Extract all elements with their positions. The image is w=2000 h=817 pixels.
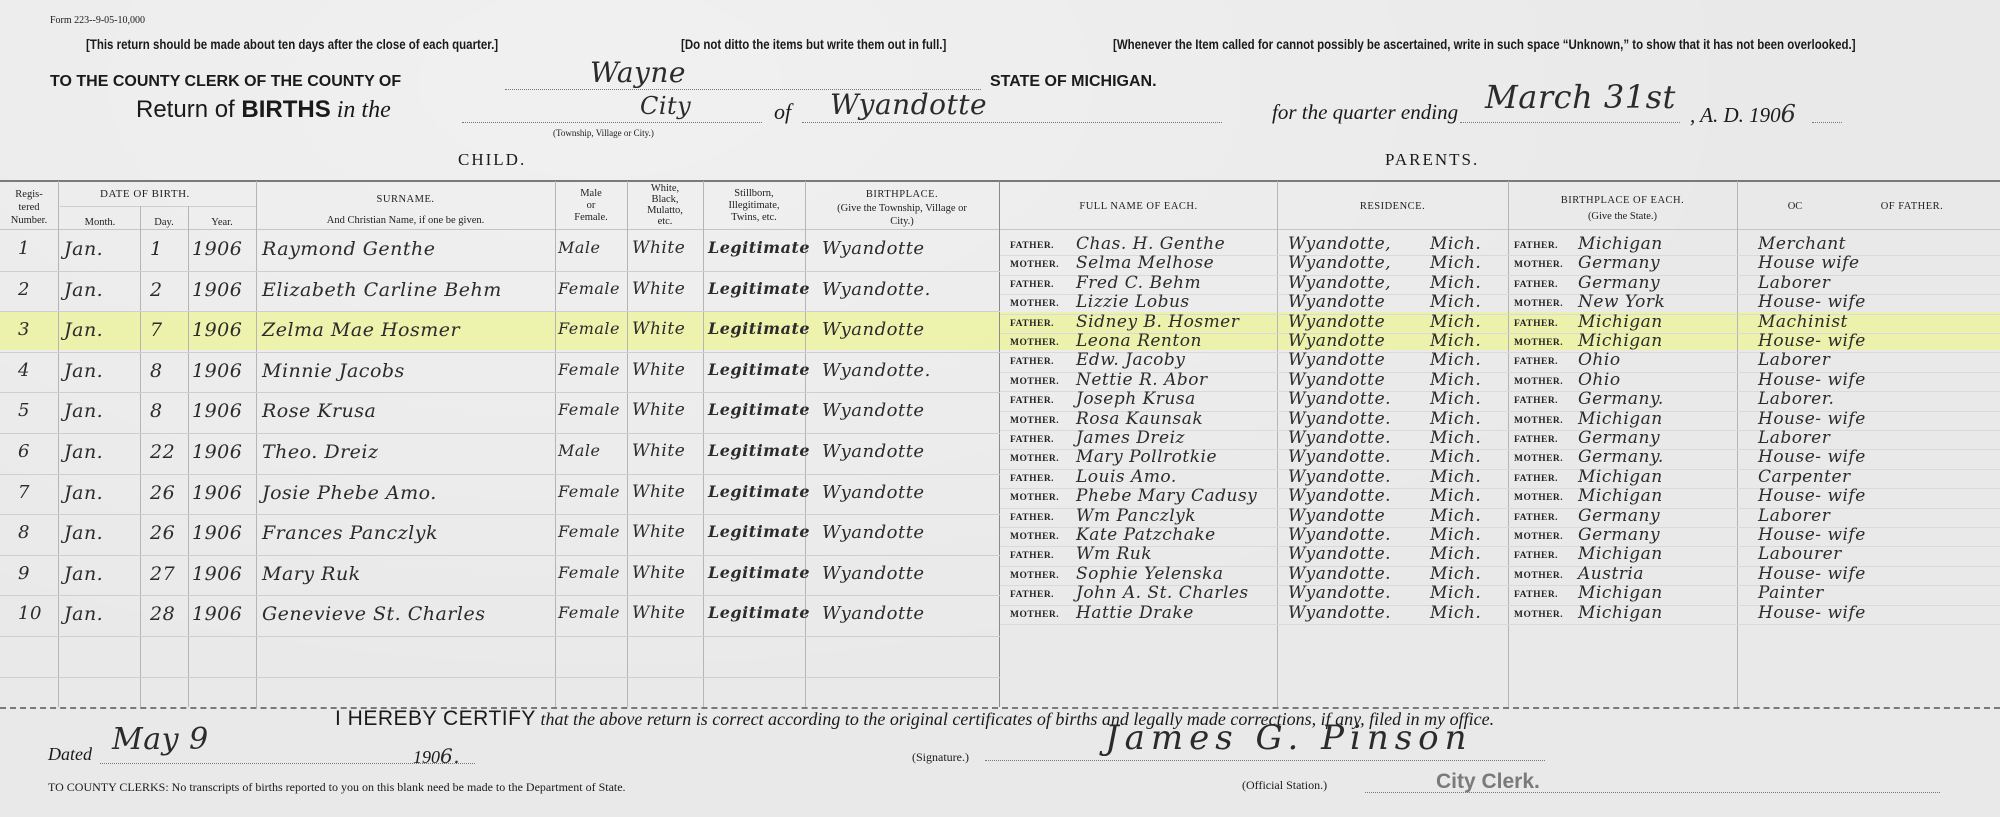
municipality-type-caption: (Township, Village or City.) [553,128,654,138]
parent-state: Mich. [1430,389,1481,409]
parent-role-2: FATHER. [1514,590,1558,600]
parent-name: Mary Pollrotkie [1076,447,1217,467]
parent-occupation: Merchant [1758,234,1846,254]
parent-state: Mich. [1430,506,1481,526]
parent-name: Hattie Drake [1076,603,1194,623]
col-legitimacy: Stillborn, Illegitimate, Twins, etc. [703,188,805,224]
parent-state: Mich. [1430,564,1481,584]
parent-birthplace: Germany. [1578,447,1664,467]
parent-occupation: House- wife [1758,525,1866,545]
parent-role: FATHER. [1010,280,1054,290]
parent-residence: Wyandotte [1288,331,1385,351]
parent-role-2: FATHER. [1514,319,1558,329]
child-number: 10 [18,603,42,624]
child-race: White [632,482,685,502]
parent-state: Mich. [1430,312,1481,332]
parent-residence: Wyandotte [1288,312,1385,332]
parent-name: Nettie R. Abor [1076,370,1208,390]
child-race: White [632,319,685,339]
col-reg-number: Regis- tered Number. [0,188,58,227]
child-sex: Female [558,400,620,419]
parent-residence: Wyandotte [1288,350,1385,370]
parent-role-2: MOTHER. [1514,260,1563,270]
child-status: Legitimate [708,441,810,460]
child-sex: Female [558,279,620,298]
parent-state: Mich. [1430,234,1481,254]
col-surname: SURNAME. [256,193,555,206]
parent-occupation: Laborer [1758,350,1830,370]
parent-state: Mich. [1430,486,1481,506]
signature-value: James G. Pinson [1105,718,1473,758]
parent-role: FATHER. [1010,241,1054,251]
child-name: Zelma Mae Hosmer [262,319,460,341]
parent-state: Mich. [1430,409,1481,429]
child-birthplace: Wyandotte [822,603,925,624]
parent-birthplace: Michigan [1578,583,1663,603]
child-row[interactable]: 3Jan.71906Zelma Mae HosmerFemaleWhiteLeg… [0,311,1000,352]
child-day: 28 [150,603,175,625]
child-status: Legitimate [708,319,810,338]
child-sex: Male [558,441,601,460]
parent-residence: Wyandotte. [1288,467,1391,487]
parent-role-2: MOTHER. [1514,493,1563,503]
to-clerk-label: TO THE COUNTY CLERK OF THE COUNTY OF [50,73,401,91]
parent-role-2: MOTHER. [1514,454,1563,464]
quarter-ending-value: March 31st [1485,78,1676,116]
child-birthplace: Wyandotte. [822,279,931,300]
parent-birthplace: Germany [1578,525,1660,545]
parent-occupation: House wife [1758,253,1860,273]
child-status: Legitimate [708,360,810,379]
child-race: White [632,441,685,461]
parent-state: Mich. [1430,525,1481,545]
child-birthplace: Wyandotte [822,238,925,259]
child-year: 1906 [192,482,242,504]
parent-residence: Wyandotte. [1288,525,1391,545]
parent-residence: Wyandotte [1288,292,1385,312]
parent-name: Phebe Mary Cadusy [1076,486,1257,506]
parent-row[interactable]: MOTHER.Hattie DrakeWyandotte.Mich.MOTHER… [1000,605,2000,624]
quarter-label: for the quarter ending [1272,100,1458,125]
col-month: Month. [60,216,140,229]
parent-role-2: FATHER. [1514,551,1558,561]
child-number: 5 [18,400,30,421]
child-status: Legitimate [708,238,810,257]
state-label: STATE OF MICHIGAN. [990,73,1157,91]
child-number: 9 [18,563,30,584]
return-title: Return of BIRTHS in the [136,96,391,124]
parent-role-2: FATHER. [1514,513,1558,523]
col-day: Day. [140,216,188,229]
parent-role: FATHER. [1010,435,1054,445]
child-name: Frances Panczlyk [262,522,438,544]
col-birthplace: BIRTHPLACE. [805,188,999,201]
child-day: 2 [150,279,163,301]
parent-occupation: Machinist [1758,312,1848,332]
child-sex: Female [558,482,620,501]
parent-role: FATHER. [1010,319,1054,329]
child-status: Legitimate [708,279,810,298]
county-value: Wayne [590,56,686,89]
county-clerks-note: TO COUNTY CLERKS: No transcripts of birt… [48,780,626,795]
parent-state: Mich. [1430,447,1481,467]
parent-birthplace: Germany [1578,428,1660,448]
municipality-name: Wyandotte [830,88,987,121]
child-row[interactable]: 5Jan.81906Rose KrusaFemaleWhiteLegitimat… [0,392,1000,433]
col-surname-sub: And Christian Name, if one be given. [256,214,555,227]
parent-role: MOTHER. [1010,377,1059,387]
child-day: 26 [150,482,175,504]
parent-role: MOTHER. [1010,416,1059,426]
child-race: White [632,279,685,299]
parent-residence: Wyandotte. [1288,583,1391,603]
child-name: Minnie Jacobs [262,360,405,382]
parent-state: Mich. [1430,370,1481,390]
parent-role-2: MOTHER. [1514,610,1563,620]
parent-state: Mich. [1430,428,1481,448]
child-year: 1906 [192,279,242,301]
col-residence: RESIDENCE. [1277,200,1508,213]
parent-role: MOTHER. [1010,454,1059,464]
parent-name: Kate Patzchake [1076,525,1216,545]
parent-name: Sidney B. Hosmer [1076,312,1239,332]
parent-name: Fred C. Behm [1076,273,1201,293]
child-year: 1906 [192,603,242,625]
parent-role: FATHER. [1010,474,1054,484]
child-month: Jan. [64,441,103,463]
parent-role-2: FATHER. [1514,280,1558,290]
parent-state: Mich. [1430,544,1481,564]
parent-occupation: House- wife [1758,447,1866,467]
parent-role-2: MOTHER. [1514,338,1563,348]
child-birthplace: Wyandotte [822,482,925,503]
parent-occupation: Labourer [1758,544,1842,564]
parent-role: FATHER. [1010,396,1054,406]
col-race: White, Black, Mulatto, etc. [627,183,703,227]
parent-residence: Wyandotte. [1288,409,1391,429]
child-sex: Female [558,522,620,541]
parent-residence: Wyandotte. [1288,564,1391,584]
parent-birthplace: Austria [1578,564,1644,584]
section-parents: PARENTS. [1385,150,1479,170]
parent-residence: Wyandotte. [1288,544,1391,564]
child-year: 1906 [192,441,242,463]
parent-role: FATHER. [1010,551,1054,561]
parent-role-2: FATHER. [1514,241,1558,251]
parent-residence: Wyandotte, [1288,253,1391,273]
child-month: Jan. [64,279,103,301]
child-row[interactable]: 9Jan.271906Mary RukFemaleWhiteLegitimate… [0,555,1000,596]
ad-label: , A. D. 1906 [1690,100,1796,128]
parent-name: Rosa Kaunsak [1076,409,1203,429]
notice-ditto: [Do not ditto the items but write them o… [681,36,946,52]
parent-residence: Wyandotte, [1288,234,1391,254]
col-occupation-fragment: OC [1775,200,1815,213]
child-birthplace: Wyandotte [822,563,925,584]
col-parent-birthplace-sub: (Give the State.) [1508,210,1737,223]
parent-name: John A. St. Charles [1076,583,1249,603]
col-parent-birthplace: BIRTHPLACE OF EACH. [1508,194,1737,207]
child-race: White [632,360,685,380]
child-number: 8 [18,522,30,543]
parent-occupation: House- wife [1758,564,1866,584]
parent-state: Mich. [1430,292,1481,312]
child-name: Elizabeth Carline Behm [262,279,502,301]
child-row[interactable]: 7Jan.261906Josie Phebe Amo.FemaleWhiteLe… [0,474,1000,515]
parent-role-2: MOTHER. [1514,299,1563,309]
parent-birthplace: Michigan [1578,331,1663,351]
child-month: Jan. [64,400,103,422]
child-number: 3 [18,319,30,340]
child-month: Jan. [64,482,103,504]
notice-quarter: [This return should be made about ten da… [86,36,498,52]
parent-state: Mich. [1430,350,1481,370]
parent-residence: Wyandotte, [1288,273,1391,293]
parent-birthplace: Michigan [1578,486,1663,506]
child-number: 2 [18,279,30,300]
child-day: 1 [150,238,163,260]
child-year: 1906 [192,400,242,422]
parent-name: Wm Ruk [1076,544,1152,564]
signature-label: (Signature.) [912,750,969,765]
child-sex: Female [558,563,620,582]
child-year: 1906 [192,563,242,585]
parent-name: Chas. H. Genthe [1076,234,1225,254]
child-race: White [632,238,685,258]
parent-residence: Wyandotte. [1288,447,1391,467]
dated-value: May 9 [112,722,209,757]
child-day: 8 [150,400,163,422]
child-sex: Female [558,319,620,338]
child-month: Jan. [64,319,103,341]
parent-residence: Wyandotte [1288,506,1385,526]
child-race: White [632,603,685,623]
child-birthplace: Wyandotte [822,400,925,421]
parent-role: FATHER. [1010,513,1054,523]
child-sex: Female [558,603,620,622]
parent-birthplace: Michigan [1578,234,1663,254]
parent-name: Leona Renton [1076,331,1202,351]
parent-name: Sophie Yelenska [1076,564,1224,584]
parent-residence: Wyandotte. [1288,486,1391,506]
child-row[interactable]: 1Jan.11906Raymond GentheMaleWhiteLegitim… [0,230,1000,271]
parent-occupation: Laborer. [1758,389,1834,409]
parent-role: MOTHER. [1010,260,1059,270]
child-status: Legitimate [708,563,810,582]
parent-role: FATHER. [1010,357,1054,367]
child-month: Jan. [64,238,103,260]
child-birthplace: Wyandotte. [822,360,931,381]
child-race: White [632,522,685,542]
parent-role: FATHER. [1010,590,1054,600]
child-name: Rose Krusa [262,400,376,422]
dated-year: 1906. [413,744,460,768]
child-number: 7 [18,482,30,503]
col-parent-name: FULL NAME OF EACH. [1000,200,1277,213]
dated-label: Dated [48,744,92,765]
parent-occupation: Laborer [1758,428,1830,448]
parent-name: James Dreiz [1076,428,1185,448]
parent-residence: Wyandotte [1288,370,1385,390]
parent-occupation: House- wife [1758,486,1866,506]
parent-role-2: MOTHER. [1514,416,1563,426]
parent-birthplace: Michigan [1578,409,1663,429]
child-year: 1906 [192,522,242,544]
parent-birthplace: Michigan [1578,603,1663,623]
child-year: 1906 [192,238,242,260]
col-date-of-birth: DATE OF BIRTH. [100,188,190,200]
child-number: 1 [18,238,30,259]
child-row[interactable]: 6Jan.221906Theo. DreizMaleWhiteLegitimat… [0,433,1000,474]
parent-name: Lizzie Lobus [1076,292,1190,312]
child-day: 22 [150,441,175,463]
child-month: Jan. [64,563,103,585]
child-birthplace: Wyandotte [822,441,925,462]
parent-occupation: House- wife [1758,603,1866,623]
child-day: 7 [150,319,163,341]
child-birthplace: Wyandotte [822,319,925,340]
parent-role-2: MOTHER. [1514,571,1563,581]
parent-birthplace: Germany [1578,273,1660,293]
parent-state: Mich. [1430,273,1481,293]
child-year: 1906 [192,319,242,341]
child-status: Legitimate [708,522,810,541]
parent-occupation: House- wife [1758,292,1866,312]
child-status: Legitimate [708,603,810,622]
child-name: Mary Ruk [262,563,361,585]
parent-name: Wm Panczlyk [1076,506,1196,526]
parent-birthplace: Ohio [1578,350,1621,370]
parent-role: MOTHER. [1010,338,1059,348]
parent-role: MOTHER. [1010,571,1059,581]
child-sex: Female [558,360,620,379]
child-row[interactable]: 10Jan.281906Genevieve St. CharlesFemaleW… [0,595,1000,636]
parent-state: Mich. [1430,467,1481,487]
parent-role: MOTHER. [1010,532,1059,542]
parent-role: MOTHER. [1010,610,1059,620]
child-number: 6 [18,441,30,462]
parent-occupation: House- wife [1758,409,1866,429]
child-name: Theo. Dreiz [262,441,379,463]
parent-occupation: House- wife [1758,331,1866,351]
child-day: 8 [150,360,163,382]
child-row[interactable]: 4Jan.81906Minnie JacobsFemaleWhiteLegiti… [0,352,1000,393]
parent-birthplace: Michigan [1578,312,1663,332]
station-label: (Official Station.) [1242,778,1327,793]
child-day: 27 [150,563,175,585]
parent-birthplace: Ohio [1578,370,1621,390]
parent-role: MOTHER. [1010,493,1059,503]
parent-occupation: Painter [1758,583,1824,603]
parent-occupation: Laborer [1758,506,1830,526]
notice-unknown: [Whenever the Item called for cannot pos… [1113,36,1856,52]
parent-role-2: MOTHER. [1514,377,1563,387]
parent-role-2: FATHER. [1514,474,1558,484]
parent-name: Edw. Jacoby [1076,350,1185,370]
col-sex: Male or Female. [555,188,627,224]
station-value: City Clerk. [1436,770,1540,794]
parent-name: Selma Melhose [1076,253,1214,273]
child-sex: Male [558,238,601,257]
parent-state: Mich. [1430,583,1481,603]
child-row[interactable]: 8Jan.261906Frances PanczlykFemaleWhiteLe… [0,514,1000,555]
child-name: Genevieve St. Charles [262,603,485,625]
child-race: White [632,400,685,420]
section-child: CHILD. [458,150,526,170]
parent-role-2: MOTHER. [1514,532,1563,542]
parent-name: Joseph Krusa [1076,389,1196,409]
parent-name: Louis Amo. [1076,467,1177,487]
parent-residence: Wyandotte. [1288,389,1391,409]
col-occupation: OF FATHER. [1862,200,1962,213]
child-status: Legitimate [708,482,810,501]
parent-birthplace: Germany [1578,253,1660,273]
parent-state: Mich. [1430,253,1481,273]
parent-role-2: FATHER. [1514,357,1558,367]
child-row[interactable]: 2Jan.21906Elizabeth Carline BehmFemaleWh… [0,271,1000,312]
col-year: Year. [188,216,256,229]
child-year: 1906 [192,360,242,382]
parent-occupation: House- wife [1758,370,1866,390]
child-race: White [632,563,685,583]
col-birthplace-sub: (Give the Township, Village or City.) [805,202,999,228]
parent-state: Mich. [1430,603,1481,623]
birth-return-form: Form 223--9-05-10,000 [This return shoul… [0,0,2000,817]
child-month: Jan. [64,603,103,625]
parent-birthplace: Michigan [1578,544,1663,564]
parent-role: MOTHER. [1010,299,1059,309]
child-status: Legitimate [708,400,810,419]
parent-residence: Wyandotte. [1288,428,1391,448]
child-day: 26 [150,522,175,544]
parent-role-2: FATHER. [1514,396,1558,406]
child-number: 4 [18,360,30,381]
parent-state: Mich. [1430,331,1481,351]
parent-birthplace: New York [1578,292,1665,312]
parent-occupation: Carpenter [1758,467,1851,487]
parent-residence: Wyandotte. [1288,603,1391,623]
of-label: of [774,99,791,125]
child-name: Raymond Genthe [262,238,435,260]
parent-birthplace: Germany. [1578,389,1664,409]
child-month: Jan. [64,522,103,544]
form-number: Form 223--9-05-10,000 [50,15,145,26]
child-birthplace: Wyandotte [822,522,925,543]
child-name: Josie Phebe Amo. [262,482,437,504]
municipality-type: City [640,92,691,120]
parent-birthplace: Michigan [1578,467,1663,487]
parent-role-2: FATHER. [1514,435,1558,445]
parent-birthplace: Germany [1578,506,1660,526]
child-month: Jan. [64,360,103,382]
parent-occupation: Laborer [1758,273,1830,293]
